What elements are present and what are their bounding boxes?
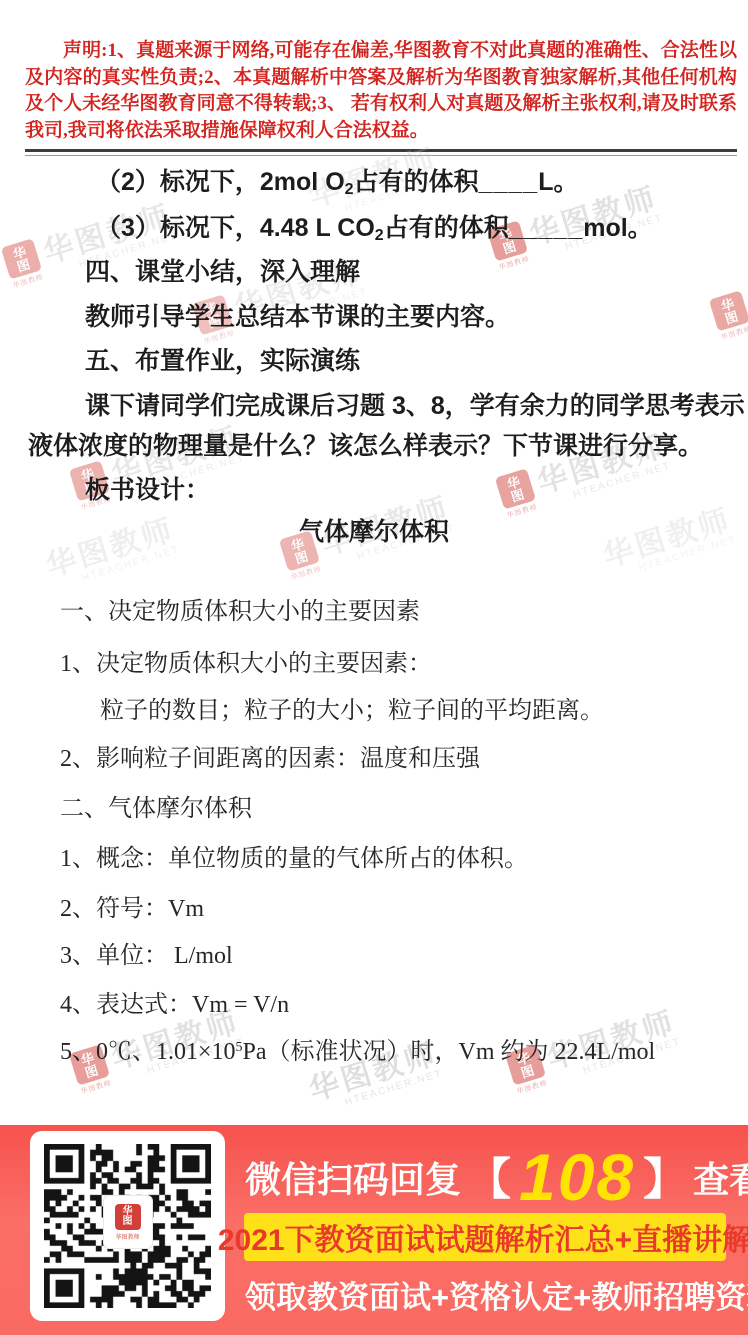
board-line-5-text2: Pa（标准状况）时，Vm 约为 22.4L/mol xyxy=(243,1039,656,1065)
qr-center-logo: 华图 华图教师 xyxy=(103,1195,153,1249)
question-3-text: （3）标况下，4.48 L CO xyxy=(96,214,375,242)
board-line: 3、单位： L/mol xyxy=(60,935,233,970)
disclaimer: 声明:1、真题来源于网络,可能存在偏差,华图教育不对此真题的准确性、合法性以及内… xyxy=(25,38,737,144)
huatu-logo-icon: 华图 xyxy=(115,1204,141,1230)
huatu-logo-icon: 华图华图教师 xyxy=(1,238,46,291)
footer-line1-text: 微信扫码回复 xyxy=(245,1152,461,1203)
board-line: 2、影响粒子间距离的因素：温度和压强 xyxy=(60,738,480,773)
document-page: 华图教师HTEACHER.NET华图华图教师华图教师HTEACHER.NET华图… xyxy=(0,0,748,1335)
question-2-text: （2）标况下，2mol O xyxy=(96,168,345,196)
subscript: 2 xyxy=(345,181,354,198)
superscript: 5 xyxy=(236,1040,243,1055)
section-4-body: 教师引导学生总结本节课的主要内容。 xyxy=(85,297,510,333)
huatu-logo-icon: 华图华图教师 xyxy=(709,290,748,343)
answer-blank: _____ xyxy=(509,214,584,242)
board-line: 2、符号：Vm xyxy=(60,888,204,923)
board-line: 4、表达式：Vm = V/n xyxy=(60,984,289,1019)
footer-highlight-box: 2021下教资面试试题解析汇总+直播讲解 xyxy=(244,1213,726,1261)
disclaimer-text: 1、真题来源于网络,可能存在偏差,华图教育不对此真题的准确性、合法性以及内容的真… xyxy=(25,40,737,141)
footer-line1: 微信扫码回复 【 108 】 查看 xyxy=(245,1139,740,1215)
board-title: 气体摩尔体积 xyxy=(0,512,748,548)
watermark: 华图华图教师 xyxy=(709,290,748,343)
question-3-text2: 占有的体积 xyxy=(384,214,509,242)
answer-blank: ____ xyxy=(479,168,539,196)
question-2-unit: L。 xyxy=(538,168,578,196)
question-3: （3）标况下，4.48 L CO2占有的体积_____mol。 xyxy=(96,208,653,245)
board-line-5-text: 5、0℃、1.01×10 xyxy=(60,1039,236,1065)
question-2-text2: 占有的体积 xyxy=(354,168,479,196)
board-line: 1、概念：单位物质的量的气体所占的体积。 xyxy=(60,838,528,873)
divider-line xyxy=(25,149,737,152)
footer-line3: 领取教资面试+资格认定+教师招聘资料 xyxy=(245,1272,740,1317)
board-line: 一、决定物质体积大小的主要因素 xyxy=(60,591,420,626)
subscript: 2 xyxy=(375,227,384,244)
question-2: （2）标况下，2mol O2占有的体积____L。 xyxy=(96,162,578,199)
board-line: 粒子的数目；粒子的大小；粒子间的平均距离。 xyxy=(100,690,604,725)
divider-line-shadow xyxy=(25,155,737,156)
board-line: 二、气体摩尔体积 xyxy=(60,788,252,823)
disclaimer-label: 声明: xyxy=(63,40,107,61)
qr-card: 华图 华图教师 xyxy=(30,1131,225,1321)
reply-code: 108 xyxy=(519,1144,635,1210)
section-5-body-line2: 液体浓度的物理量是什么？该怎么样表示？下节课进行分享。 xyxy=(28,426,703,462)
promo-banner: 华图 华图教师 微信扫码回复 【 108 】 查看 2021下教资面试试题解析汇… xyxy=(0,1125,748,1335)
board-design-label: 板书设计： xyxy=(85,470,210,506)
board-line-5: 5、0℃、1.01×105Pa（标准状况）时，Vm 约为 22.4L/mol xyxy=(60,1031,655,1066)
section-5-body-line1: 课下请同学们完成课后习题 3、8，学有余力的同学思考表示 xyxy=(85,386,745,422)
section-5-title: 五、布置作业，实际演练 xyxy=(85,341,360,377)
board-line: 1、决定物质体积大小的主要因素： xyxy=(60,643,432,678)
footer-line2-text: 2021下教资面试试题解析汇总+直播讲解 xyxy=(218,1215,748,1259)
qr-logo-caption: 华图教师 xyxy=(115,1232,139,1241)
section-4-title: 四、课堂小结，深入理解 xyxy=(85,252,360,288)
footer-line1-text2: 查看 xyxy=(693,1152,748,1203)
bracket-open: 【 xyxy=(467,1143,511,1207)
question-3-unit: mol。 xyxy=(583,214,652,242)
bracket-close: 】 xyxy=(643,1143,687,1207)
